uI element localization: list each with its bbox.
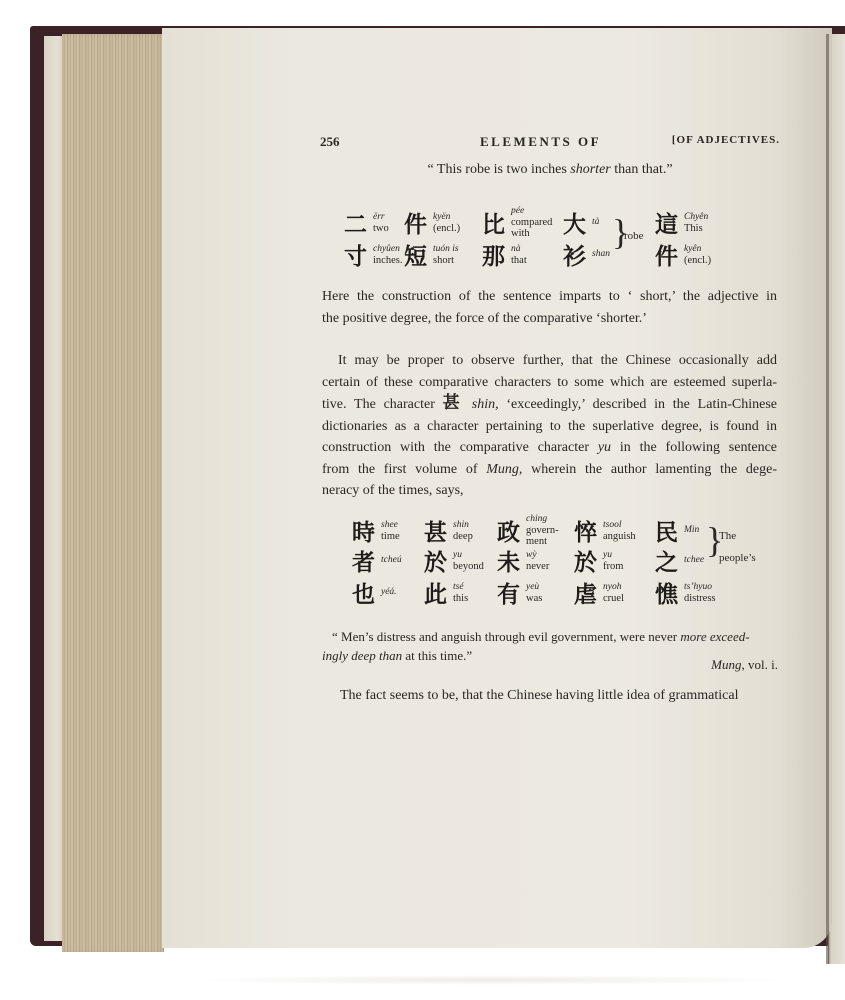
cn-cell: 有yeùwas [497,576,542,609]
cn-cell: 政chinggovern-ment [497,514,566,547]
cn-cell: 悴tsoolanguish [574,514,636,547]
section-title: [OF ADJECTIVES. [672,134,780,146]
cn-cell: 也yéá. [352,576,397,609]
page-edges [62,34,164,952]
cn-cell: 於yubeyond [424,544,484,577]
citation: Mung, vol. i. [711,657,778,673]
example1-translation: “ This robe is two inches shorter than t… [320,162,780,178]
cn-cell: 二ërrtwo [344,206,389,239]
brace-label: The [719,530,736,542]
running-header: 256 ELEMENTS OF [OF ADJECTIVES. [320,134,780,154]
cn-cell: 件kyên(encl.) [655,238,711,271]
brace-label: robe [624,230,644,242]
cn-cell: 虐nyohcruel [574,576,624,609]
cn-cell: 大tà [563,206,599,239]
surface-shadow [180,975,800,985]
example2-translation: “ Men’s distress and anguish through evi… [322,627,777,665]
cn-cell: 短tuón isshort [404,238,459,271]
cn-cell: 件kyën(encl.) [404,206,460,239]
cn-cell: 未wỳnever [497,544,549,577]
paragraph-1: Here the construction of the sentence im… [322,286,777,329]
cn-cell: 甚shindeep [424,514,473,547]
cn-cell: 之tchee [655,544,704,577]
cn-cell: 那nàthat [482,238,527,271]
cn-cell: 寸chyûeninches. [344,238,402,271]
cn-cell: 比péecompared with [482,206,571,239]
inline-chinese-character: 甚 [443,393,464,413]
page-number: 256 [320,134,340,150]
cn-cell: 於yufrom [574,544,623,577]
cn-cell: 者tcheú [352,544,402,577]
paragraph-2: It may be proper to observe further, tha… [322,350,777,502]
gutter-shadow [826,34,829,964]
cn-cell: 憔ts’hyuodistress [655,576,716,609]
paragraph-3: The fact seems to be, that the Chinese h… [340,688,780,704]
running-title: ELEMENTS OF [480,134,601,150]
cn-cell: 民Min [655,514,699,547]
cn-cell: 這ChyênThis [655,206,708,239]
brace-label: people’s [719,552,756,564]
cn-cell: 衫shan [563,238,610,271]
cn-cell: 此tséthis [424,576,468,609]
cn-cell: 時sheetime [352,514,400,547]
